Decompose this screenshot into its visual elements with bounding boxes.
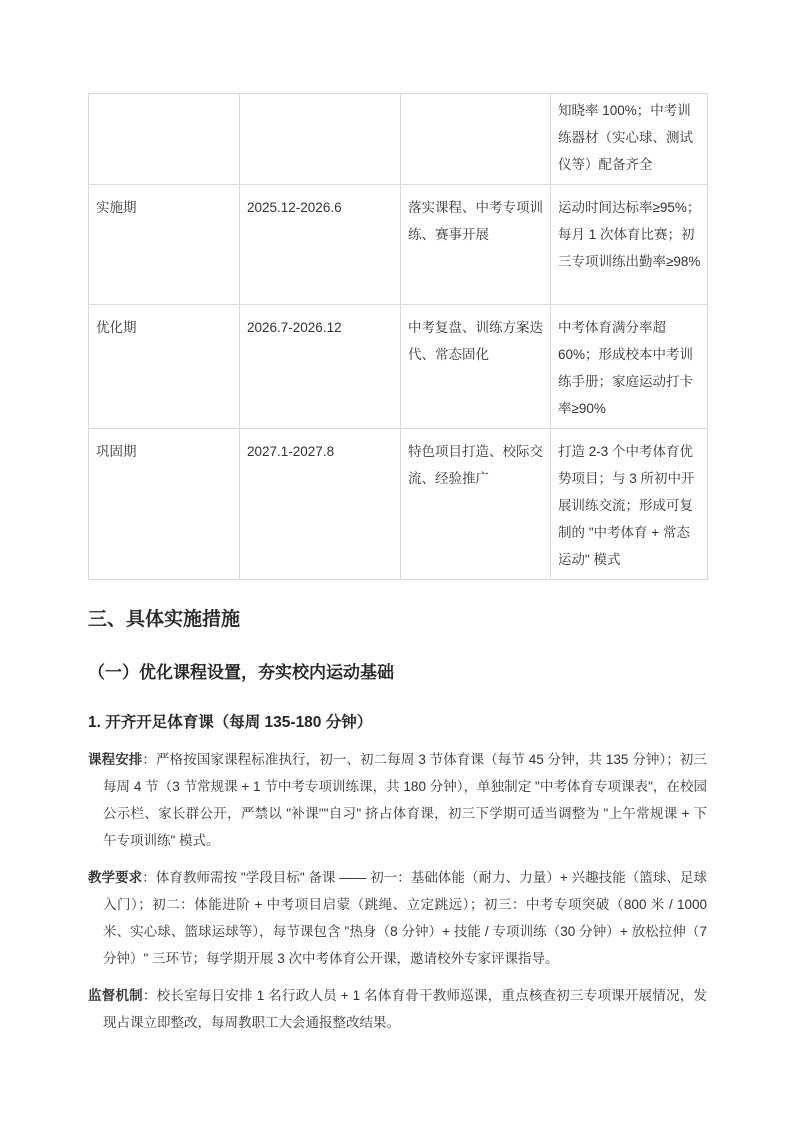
table-cell: 实施期 bbox=[89, 185, 240, 305]
table-row: 实施期 2025.12-2026.6 落实课程、中考专项训练、赛事开展 运动时间… bbox=[89, 185, 708, 305]
table-cell: 中考复盘、训练方案迭代、常态固化 bbox=[401, 305, 551, 429]
table-cell: 2027.1-2027.8 bbox=[240, 429, 401, 580]
table-cell: 知晓率 100%；中考训练器材（实心球、测试仪等）配备齐全 bbox=[551, 94, 708, 185]
paragraph-colon: ： bbox=[142, 870, 156, 885]
paragraph-course-plan: 课程安排：严格按国家课程标准执行，初一、初二每周 3 节体育课（每节 45 分钟… bbox=[88, 746, 707, 854]
paragraph-teaching-requirements: 教学要求：体育教师需按 "学段目标" 备课 —— 初一：基础体能（耐力、力量）+… bbox=[88, 864, 707, 972]
table-cell bbox=[401, 94, 551, 185]
table-cell: 中考体育满分率超 60%；形成校本中考训练手册；家庭运动打卡率≥90% bbox=[551, 305, 708, 429]
table-cell: 落实课程、中考专项训练、赛事开展 bbox=[401, 185, 551, 305]
table-row: 巩固期 2027.1-2027.8 特色项目打造、校际交流、经验推广 打造 2-… bbox=[89, 429, 708, 580]
paragraph-label: 监督机制 bbox=[88, 988, 143, 1003]
table-cell: 巩固期 bbox=[89, 429, 240, 580]
heading-item: 1. 开齐开足体育课（每周 135-180 分钟） bbox=[88, 711, 707, 735]
heading-section: 三、具体实施措施 bbox=[88, 607, 707, 633]
table-cell: 打造 2-3 个中考体育优势项目；与 3 所初中开展训练交流；形成可复制的 "中… bbox=[551, 429, 708, 580]
table-cell: 2026.7-2026.12 bbox=[240, 305, 401, 429]
table-row: 优化期 2026.7-2026.12 中考复盘、训练方案迭代、常态固化 中考体育… bbox=[89, 305, 708, 429]
paragraph-label: 课程安排 bbox=[88, 752, 142, 767]
table-cell bbox=[89, 94, 240, 185]
table-cell: 优化期 bbox=[89, 305, 240, 429]
paragraph-body: 严格按国家课程标准执行，初一、初二每周 3 节体育课（每节 45 分钟，共 13… bbox=[103, 752, 707, 848]
implementation-phase-table: 知晓率 100%；中考训练器材（实心球、测试仪等）配备齐全 实施期 2025.1… bbox=[88, 93, 708, 580]
document-page: 知晓率 100%；中考训练器材（实心球、测试仪等）配备齐全 实施期 2025.1… bbox=[0, 0, 793, 1122]
paragraph-colon: ： bbox=[143, 988, 157, 1003]
paragraph-supervision-mechanism: 监督机制：校长室每日安排 1 名行政人员 + 1 名体育骨干教师巡课，重点核查初… bbox=[88, 982, 707, 1036]
heading-subsection: （一）优化课程设置，夯实校内运动基础 bbox=[88, 660, 707, 685]
paragraph-body: 体育教师需按 "学段目标" 备课 —— 初一：基础体能（耐力、力量）+ 兴趣技能… bbox=[103, 870, 707, 966]
table-cell: 运动时间达标率≥95%；每月 1 次体育比赛；初三专项训练出勤率≥98% bbox=[551, 185, 708, 305]
table-cell: 2025.12-2026.6 bbox=[240, 185, 401, 305]
table-cell bbox=[240, 94, 401, 185]
paragraph-colon: ： bbox=[142, 752, 156, 767]
table-cell: 特色项目打造、校际交流、经验推广 bbox=[401, 429, 551, 580]
paragraph-body: 校长室每日安排 1 名行政人员 + 1 名体育骨干教师巡课，重点核查初三专项课开… bbox=[103, 988, 707, 1030]
paragraph-label: 教学要求 bbox=[88, 870, 142, 885]
table-row: 知晓率 100%；中考训练器材（实心球、测试仪等）配备齐全 bbox=[89, 94, 708, 185]
